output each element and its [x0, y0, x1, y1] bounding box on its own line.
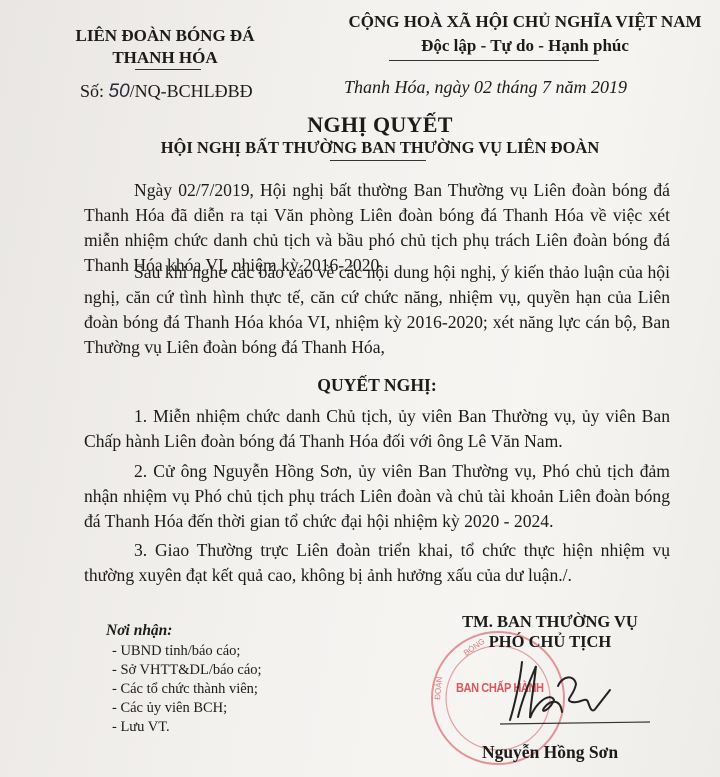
resolution-item: 1. Miễn nhiệm chức danh Chủ tịch, ủy viê…	[84, 404, 670, 454]
recipients-title: Nơi nhận:	[106, 622, 172, 640]
resolution-item: 3. Giao Thường trực Liên đoàn triển khai…	[84, 538, 670, 588]
organization-name: LIÊN ĐOÀN BÓNG ĐÁ	[60, 26, 270, 46]
recipients-list: - UBND tỉnh/báo cáo; - Sở VHTT&DL/báo cá…	[112, 642, 262, 737]
organization-province: THANH HÓA	[60, 48, 270, 68]
decision-heading: QUYẾT NGHỊ:	[84, 375, 670, 396]
document-subtitle: HỘI NGHỊ BẤT THƯỜNG BAN THƯỜNG VỤ LIÊN Đ…	[100, 138, 660, 158]
signer-name: Nguyễn Hồng Sơn	[420, 742, 680, 763]
national-title: CỘNG HOÀ XÃ HỘI CHỦ NGHĨA VIỆT NAM	[330, 12, 720, 32]
recipient-item: - Lưu VT.	[112, 718, 262, 737]
svg-text:ĐOÀN: ĐOÀN	[433, 676, 444, 700]
national-motto: Độc lập - Tự do - Hạnh phúc	[330, 36, 720, 56]
recipient-item: - UBND tỉnh/báo cáo;	[112, 642, 262, 661]
organization-underline	[135, 69, 201, 70]
handwritten-signature-icon	[500, 652, 660, 732]
signature-on-behalf: TM. BAN THƯỜNG VỤ	[420, 612, 680, 632]
dateline: Thanh Hóa, ngày 02 tháng 7 năm 2019	[344, 77, 627, 98]
recipient-item: - Các tổ chức thành viên;	[112, 680, 262, 699]
document-number-suffix: /NQ-BCHLĐBĐ	[130, 81, 253, 101]
document-number-value: 50	[109, 81, 130, 102]
paragraph-basis: Sau khi nghe các báo cáo về các nội dung…	[84, 260, 670, 360]
document-number-prefix: Số:	[80, 81, 104, 101]
recipient-item: - Các ủy viên BCH;	[112, 699, 262, 718]
document-title: NGHỊ QUYẾT	[100, 112, 660, 138]
motto-underline	[389, 60, 599, 61]
document-number: Số: 50/NQ-BCHLĐBĐ	[80, 81, 253, 103]
subtitle-underline	[330, 160, 426, 161]
signature-position: PHÓ CHỦ TỊCH	[420, 632, 680, 652]
resolution-item: 2. Cử ông Nguyễn Hồng Sơn, ủy viên Ban T…	[84, 459, 670, 534]
recipient-item: - Sở VHTT&DL/báo cáo;	[112, 661, 262, 680]
